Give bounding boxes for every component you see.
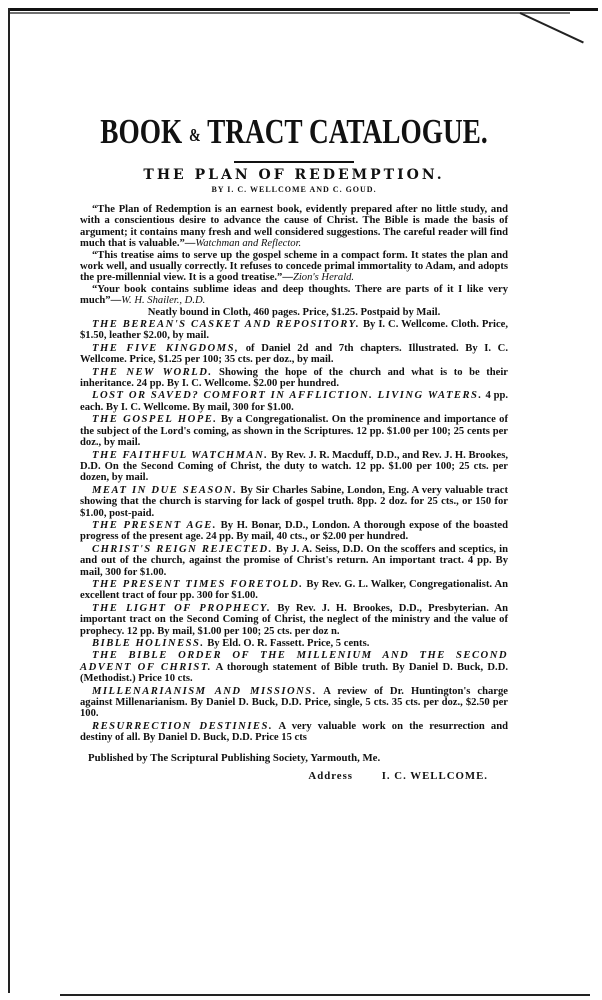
address-label: Address: [308, 770, 353, 782]
catalogue-entry: THE PRESENT AGE. By H. Bonar, D.D., Lond…: [80, 520, 508, 543]
section-title: THE PLAN OF REDEMPTION.: [80, 167, 508, 183]
title-right: TRACT CATALOGUE.: [207, 112, 488, 151]
plan-price-line: Neatly bound in Cloth, 460 pages. Price,…: [80, 307, 508, 318]
review-1: “The Plan of Redemption is an earnest bo…: [80, 204, 508, 250]
review-source: Watchman and Reflector.: [195, 238, 301, 249]
page-edge-top-inner: [10, 12, 570, 14]
catalogue-entry: LOST OR SAVED? COMFORT IN AFFLICTION. LI…: [80, 390, 508, 413]
page-fold-corner: [520, 12, 584, 43]
page-edge-top: [8, 8, 598, 11]
catalogue-entry: THE BEREAN'S CASKET AND REPOSITORY. By I…: [80, 319, 508, 342]
catalogue-entry: THE BIBLE ORDER OF THE MILLENIUM AND THE…: [80, 650, 508, 684]
catalogue-entry: RESURRECTION DESTINIES. A very valuable …: [80, 721, 508, 744]
catalogue-page: BOOK & TRACT CATALOGUE. THE PLAN OF REDE…: [80, 112, 508, 782]
catalogue-entry: THE GOSPEL HOPE. By a Congregationalist.…: [80, 414, 508, 448]
catalogue-entry: THE LIGHT OF PROPHECY. By Rev. J. H. Bro…: [80, 603, 508, 637]
catalogue-entry: THE NEW WORLD. Showing the hope of the c…: [80, 367, 508, 390]
publisher-line: Published by The Scriptural Publishing S…: [80, 752, 508, 764]
catalogue-entry: MEAT IN DUE SEASON. By Sir Charles Sabin…: [80, 485, 508, 519]
catalogue-entry: THE PRESENT TIMES FORETOLD. By Rev. G. L…: [80, 579, 508, 602]
ampersand-ornament-icon: &: [189, 125, 201, 145]
review-source: W. H. Shailer., D.D.: [121, 295, 205, 306]
review-source: Zion's Herald.: [293, 272, 354, 283]
page-edge-left: [8, 8, 10, 993]
page-edge-bottom: [60, 994, 590, 996]
title-rule: [234, 161, 354, 163]
catalogue-entry: BIBLE HOLINESS. By Eld. O. R. Fassett. P…: [80, 638, 508, 649]
address-name: I. C. WELLCOME.: [382, 770, 488, 782]
catalogue-entry: MILLENARIANISM AND MISSIONS. A review of…: [80, 686, 508, 720]
catalogue-entry: THE FAITHFUL WATCHMAN. By Rev. J. R. Mac…: [80, 450, 508, 484]
review-2: “This treatise aims to serve up the gosp…: [80, 250, 508, 284]
catalogue-entry: THE FIVE KINGDOMS, of Daniel 2d and 7th …: [80, 343, 508, 366]
title-left: BOOK: [100, 112, 182, 151]
catalogue-entry: CHRIST'S REIGN REJECTED. By J. A. Seiss,…: [80, 544, 508, 578]
catalogue-title: BOOK & TRACT CATALOGUE.: [80, 112, 507, 155]
byline: BY I. C. WELLCOME AND C. GOUD.: [80, 185, 508, 194]
review-3: “Your book contains sublime ideas and de…: [80, 284, 508, 307]
address-line: Address I. C. WELLCOME.: [80, 770, 508, 782]
